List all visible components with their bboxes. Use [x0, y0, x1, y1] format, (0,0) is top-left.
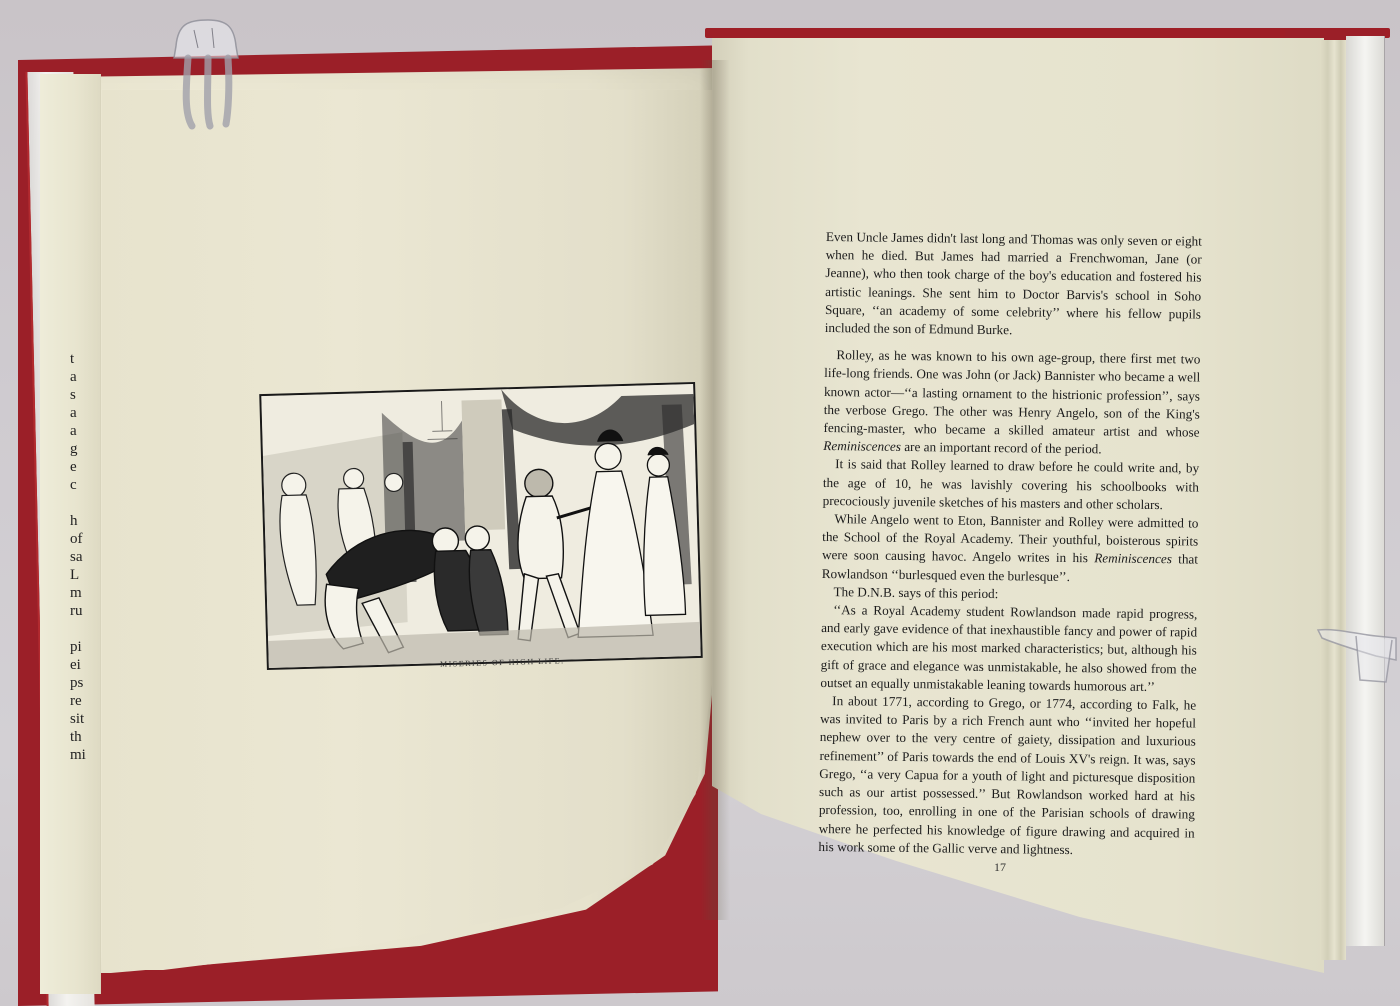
- plastic-clip-top-icon: [168, 18, 246, 130]
- ballroom-engraving-icon: [261, 384, 700, 668]
- spine-gutter: [700, 60, 730, 920]
- paragraph-4: While Angelo went to Eton, Bannister and…: [822, 510, 1199, 587]
- body-text: Even Uncle James didn't last long and Th…: [818, 228, 1202, 860]
- dust-jacket-right-flap: [1346, 36, 1385, 946]
- paragraph-2: Rolley, as he was known to his own age-g…: [823, 346, 1200, 460]
- paragraph-1: Even Uncle James didn't last long and Th…: [825, 228, 1202, 342]
- jacket-flap-text: t a s a a g e c h of sa L m ru pi ei ps …: [70, 350, 90, 764]
- paragraph-3: It is said that Rolley learned to draw b…: [823, 455, 1200, 514]
- right-page-stack: [1320, 40, 1346, 960]
- paragraph-6-quote: ‘‘As a Royal Academy student Rowlandson …: [820, 601, 1197, 697]
- engraving-illustration: [259, 382, 703, 670]
- plastic-clip-right-icon: [1316, 620, 1400, 690]
- paragraph-7: In about 1771, according to Grego, or 17…: [818, 692, 1196, 860]
- page-number: 17: [994, 860, 1006, 875]
